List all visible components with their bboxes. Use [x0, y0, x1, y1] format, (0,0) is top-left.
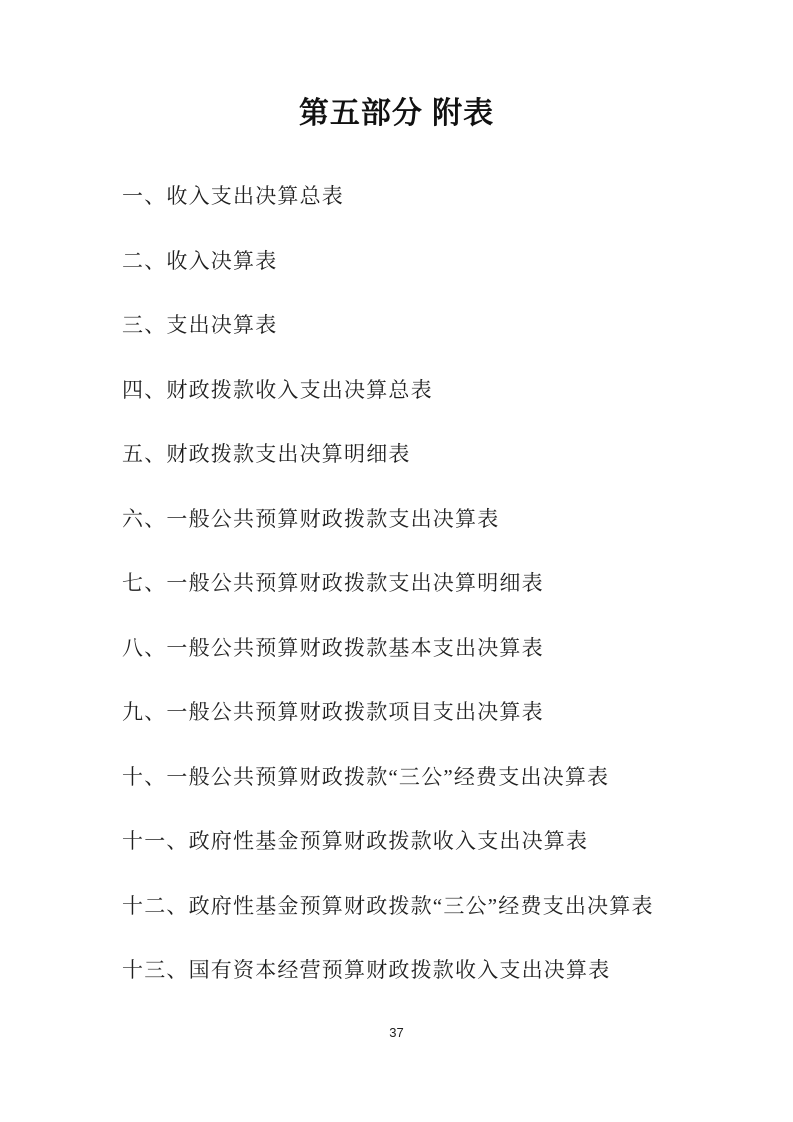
toc-item: 十一、政府性基金预算财政拨款收入支出决算表	[122, 829, 733, 853]
toc-item: 六、一般公共预算财政拨款支出决算表	[122, 507, 733, 531]
toc-item: 八、一般公共预算财政拨款基本支出决算表	[122, 636, 733, 660]
toc-item: 十三、国有资本经营预算财政拨款收入支出决算表	[122, 958, 733, 982]
toc-item: 一、收入支出决算总表	[122, 184, 733, 208]
toc-item: 十二、政府性基金预算财政拨款“三公”经费支出决算表	[122, 894, 733, 918]
toc-item: 二、收入决算表	[122, 249, 733, 273]
page-title: 第五部分 附表	[0, 0, 793, 132]
toc-list: 一、收入支出决算总表二、收入决算表三、支出决算表四、财政拨款收入支出决算总表五、…	[122, 184, 733, 982]
toc-item: 四、财政拨款收入支出决算总表	[122, 378, 733, 402]
toc-item: 七、一般公共预算财政拨款支出决算明细表	[122, 571, 733, 595]
page-number: 37	[389, 1025, 403, 1040]
page-footer: 37	[0, 1024, 793, 1042]
toc-item: 三、支出决算表	[122, 313, 733, 337]
document-page: 第五部分 附表 一、收入支出决算总表二、收入决算表三、支出决算表四、财政拨款收入…	[0, 0, 793, 1122]
toc-item: 十、一般公共预算财政拨款“三公”经费支出决算表	[122, 765, 733, 789]
toc-item: 五、财政拨款支出决算明细表	[122, 442, 733, 466]
toc-item: 九、一般公共预算财政拨款项目支出决算表	[122, 700, 733, 724]
